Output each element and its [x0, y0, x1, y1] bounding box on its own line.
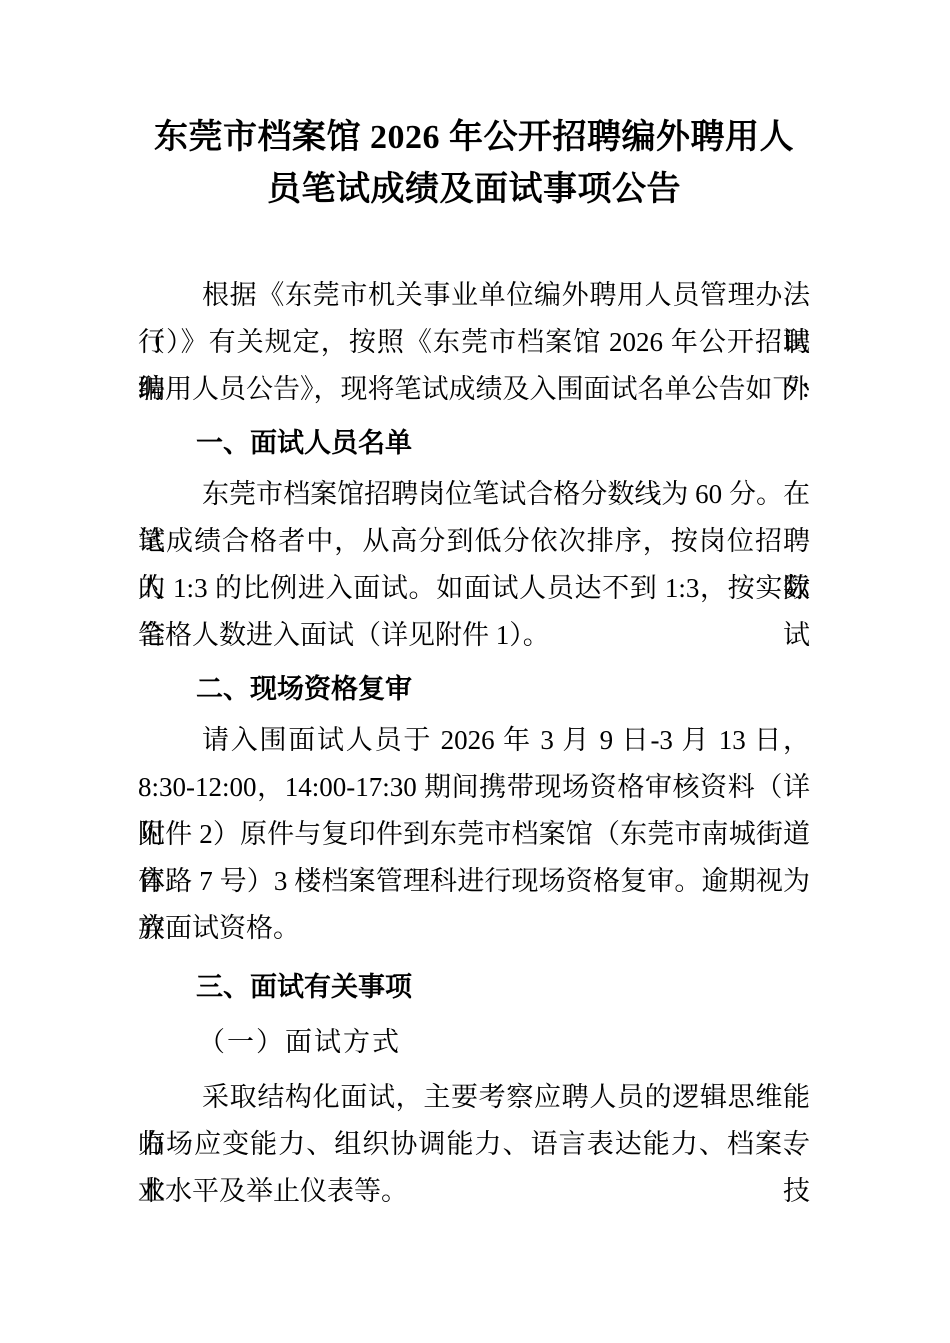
document-title-line-2: 员笔试成绩及面试事项公告 — [138, 164, 810, 216]
document-title: 东莞市档案馆 2026 年公开招聘编外聘用人 员笔试成绩及面试事项公告 — [138, 112, 810, 216]
paragraph-4-line-2: 临场应变能力、组织协调能力、语言表达能力、档案专业技 — [138, 1121, 810, 1168]
paragraph-3-line-4: 育路 7 号）3 楼档案管理科进行现场资格复审。逾期视为放 — [138, 858, 810, 905]
section-heading-2: 二、现场资格复审 — [138, 666, 810, 713]
paragraph-3-line-1: 请入围面试人员于 2026 年 3 月 9 日-3 月 13 日， — [138, 717, 810, 764]
paragraph-1-line-3: 聘用人员公告》，现将笔试成绩及入围面试名单公告如下： — [138, 366, 810, 413]
paragraph-1-line-2: 行）》有关规定，按照《东莞市档案馆 2026 年公开招聘编外 — [138, 319, 810, 366]
section-heading-3: 三、面试有关事项 — [138, 964, 810, 1011]
section-heading-1: 一、面试人员名单 — [138, 420, 810, 467]
paragraph-2-line-2: 试成绩合格者中，从高分到低分依次排序，按岗位招聘人数 — [138, 518, 810, 565]
paragraph-3-line-2: 8:30-12:00，14:00-17:30 期间携带现场资格审核资料（详见 — [138, 764, 810, 811]
paragraph-3-line-5: 弃面试资格。 — [138, 905, 810, 952]
paragraph-4-line-1: 采取结构化面试，主要考察应聘人员的逻辑思维能力、 — [138, 1074, 810, 1121]
paragraph-1-line-1: 根据《东莞市机关事业单位编外聘用人员管理办法（试 — [138, 272, 810, 319]
document-title-line-1: 东莞市档案馆 2026 年公开招聘编外聘用人 — [138, 112, 810, 164]
paragraph-2-line-3: 的 1:3 的比例进入面试。如面试人员达不到 1:3，按实际笔试 — [138, 565, 810, 612]
document-body: 根据《东莞市机关事业单位编外聘用人员管理办法（试 行）》有关规定，按照《东莞市档… — [138, 272, 810, 1215]
paragraph-2-line-1: 东莞市档案馆招聘岗位笔试合格分数线为 60 分。在笔 — [138, 471, 810, 518]
sub-heading-1: （一）面试方式 — [138, 1019, 810, 1066]
paragraph-3-line-3: 附件 2）原件与复印件到东莞市档案馆（东莞市南城街道体 — [138, 811, 810, 858]
document-page: 东莞市档案馆 2026 年公开招聘编外聘用人 员笔试成绩及面试事项公告 根据《东… — [0, 0, 950, 1343]
